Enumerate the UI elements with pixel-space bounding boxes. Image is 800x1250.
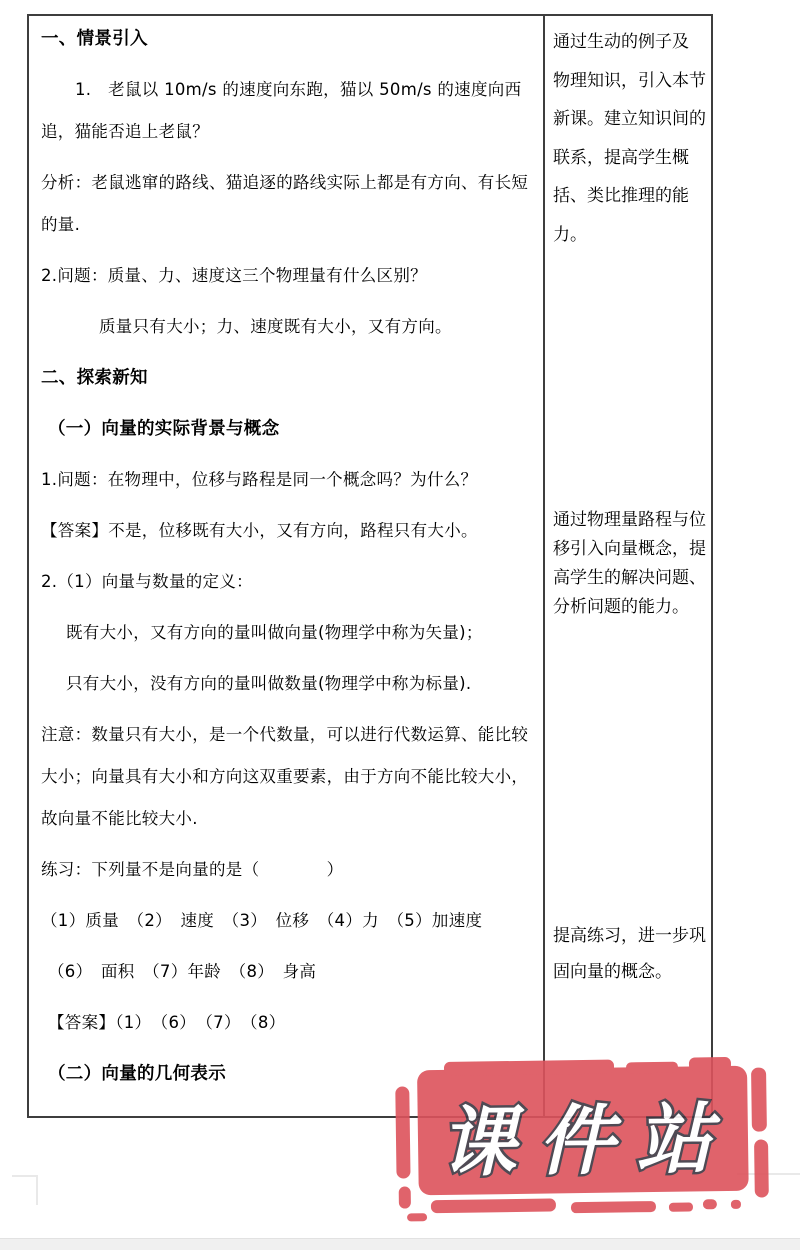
paragraph: 1.问题：在物理中，位移与路程是同一个概念吗？为什么？ — [41, 459, 529, 501]
table-cell-content: 一、情景引入 1. 老鼠以 10m/s 的速度向东跑，猫以 50m/s 的速度向… — [29, 16, 545, 1116]
paragraph: 只有大小，没有方向的量叫做数量(物理学中称为标量). — [41, 663, 529, 705]
remark-note: 通过生动的例子及 物理知识，引入本节 新课。建立知识间的 联系，提高学生概 括、… — [553, 23, 706, 254]
window-bottom-bar — [0, 1238, 800, 1250]
answer-paragraph: 【答案】不是，位移既有大小，又有方向，路程只有大小。 — [41, 510, 529, 552]
stamp-text-group: 课件站 — [436, 1095, 751, 1188]
exercise-options: （6） 面积 （7）年龄 （8） 身高 — [41, 951, 529, 993]
paragraph: 注意：数量只有大小，是一个代数量，可以进行代数运算、能比较大小；向量具有大小和方… — [41, 714, 529, 840]
exercise-paragraph: 练习：下列量不是向量的是（ ） — [41, 849, 529, 891]
paragraph: 2.（1）向量与数量的定义： — [41, 561, 529, 603]
subsection-heading: （一）向量的实际背景与概念 — [41, 408, 529, 450]
document-page: 一、情景引入 1. 老鼠以 10m/s 的速度向东跑，猫以 50m/s 的速度向… — [0, 0, 800, 1250]
section-heading: 一、情景引入 — [41, 18, 529, 60]
stamp-text: 课件站 — [436, 1095, 751, 1188]
exercise-options: （1）质量 （2） 速度 （3） 位移 （4）力 （5）加速度 — [41, 900, 529, 942]
kejianzhan-stamp-watermark: 课件站 — [389, 1053, 781, 1223]
page-margin-corner-mark — [12, 1175, 38, 1205]
paragraph: 1. 老鼠以 10m/s 的速度向东跑，猫以 50m/s 的速度向西追，猫能否追… — [41, 69, 529, 153]
lesson-plan-table: 一、情景引入 1. 老鼠以 10m/s 的速度向东跑，猫以 50m/s 的速度向… — [27, 14, 713, 1118]
answer-paragraph: 【答案】（1） （6） （7） （8） — [41, 1002, 529, 1044]
paragraph: 2.问题：质量、力、速度这三个物理量有什么区别？ — [41, 255, 529, 297]
remark-note: 通过物理量路程与位移引入向量概念，提高学生的解决问题、分析问题的能力。 — [553, 506, 706, 622]
paragraph: 分析：老鼠逃窜的路线、猫追逐的路线实际上都是有方向、有长短的量. — [41, 162, 529, 246]
paragraph: 质量只有大小；力、速度既有大小，又有方向。 — [41, 306, 529, 348]
paragraph: 既有大小，又有方向的量叫做向量(物理学中称为矢量)； — [41, 612, 529, 654]
remark-note: 提高练习，进一步巩 固向量的概念。 — [553, 918, 706, 990]
stamp-graphic: 课件站 — [389, 1053, 781, 1223]
table-cell-remarks: 通过生动的例子及 物理知识，引入本节 新课。建立知识间的 联系，提高学生概 括、… — [545, 16, 711, 1116]
section-heading: 二、探索新知 — [41, 357, 529, 399]
